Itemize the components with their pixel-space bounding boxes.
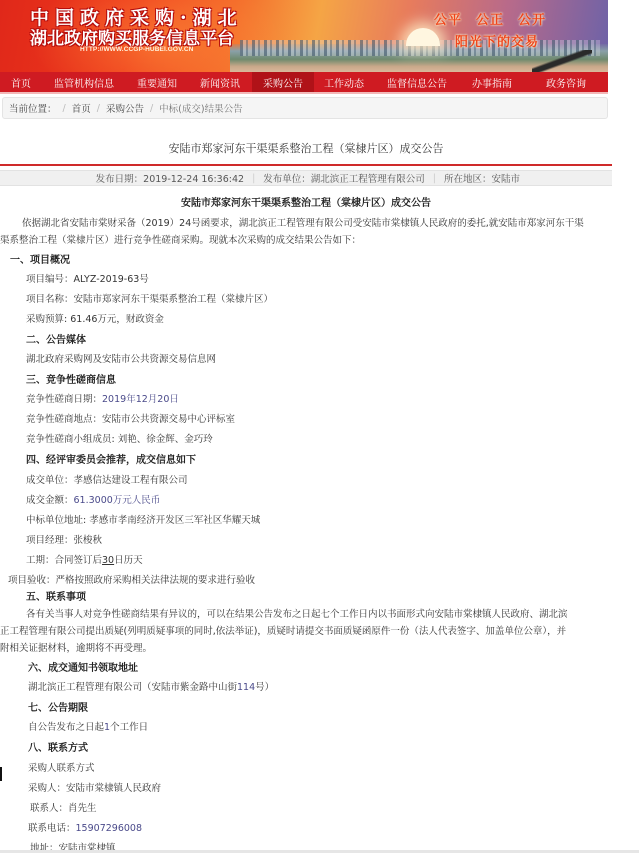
consultation-members: 竞争性磋商小组成员: 刘艳、徐金辉、金巧玲	[26, 431, 213, 445]
breadcrumb-current: 中标(成交)结果公告	[159, 101, 242, 115]
article-meta-bar: 发布日期：2019-12-24 16:36:42 | 发布单位：湖北滨正工程管理…	[0, 170, 612, 186]
article-heading: 安陆市郑家河东干渠渠系整治工程（棠棣片区）成交公告	[0, 194, 612, 209]
slogan-line2: 阳光下的交易	[455, 31, 539, 50]
contact-person: 联系人：肖先生	[30, 800, 97, 814]
meta-separator: |	[433, 173, 436, 184]
site-banner: 中国政府采购·湖北 湖北政府购买服务信息平台 HTTP://WWW.CCGP-H…	[0, 0, 608, 72]
banner-bridge	[532, 50, 592, 72]
procurement-budget: 采购预算: 61.46万元，财政资金	[26, 311, 164, 325]
notice-pickup-address: 湖北滨正工程管理有限公司（安陆市紫金路中山街114号）	[28, 679, 274, 693]
banner-sun-icon	[406, 28, 440, 46]
buyer-name: 采购人：安陆市棠棣镇人民政府	[28, 780, 161, 794]
project-name: 项目名称：安陆市郑家河东干渠渠系整治工程（棠棣片区）	[26, 291, 273, 305]
buyer-contact-header: 采购人联系方式	[28, 760, 95, 774]
nav-item-regulators[interactable]: 监管机构信息	[42, 72, 126, 92]
nav-item-supervision[interactable]: 监督信息公告	[374, 72, 460, 92]
breadcrumb-separator: /	[150, 103, 153, 114]
intro-line-1: 依据湖北省安陆市棠财采备（2019）24号函要求，湖北滨正工程管理有限公司受安陆…	[22, 215, 584, 229]
nav-underline	[0, 92, 608, 94]
project-number: 项目编号：ALYZ-2019-63号	[26, 271, 149, 285]
title-divider	[0, 164, 612, 166]
page-title: 安陆市郑家河东干渠渠系整治工程（棠棣片区）成交公告	[0, 140, 612, 156]
site-url: HTTP://WWW.CCGP-HUBEI.GOV.CN	[80, 46, 193, 53]
meta-separator: |	[252, 173, 255, 184]
nav-item-guide[interactable]: 办事指南	[460, 72, 524, 92]
objection-line-1: 各有关当事人对竞争性磋商结果有异议的，可以在结果公告发布之日起七个工作日内以书面…	[26, 606, 568, 620]
winner-address: 中标单位地址: 孝感市孝南经济开发区三军社区华耀天城	[26, 512, 260, 526]
nav-item-procurement[interactable]: 采购公告	[252, 72, 314, 92]
objection-line-3: 附相关证据材料，逾期将不再受理。	[0, 640, 152, 654]
text-cursor	[0, 767, 2, 781]
announcement-media: 湖北政府采购网及安陆市公共资源交易信息网	[26, 351, 216, 365]
section-1-title: 一、项目概况	[10, 251, 70, 266]
breadcrumb-separator: /	[63, 103, 66, 114]
section-2-title: 二、公告媒体	[26, 331, 86, 346]
project-acceptance: 项目验收：严格按照政府采购相关法律法规的要求进行验收	[8, 572, 255, 586]
publisher: 发布单位：湖北滨正工程管理有限公司	[263, 171, 425, 185]
region: 所在地区：安陆市	[444, 171, 520, 185]
breadcrumb-label: 当前位置：	[9, 101, 57, 115]
section-5-title: 五、联系事项	[26, 588, 86, 603]
construction-period: 工期：合同签订后30日历天	[26, 552, 143, 566]
winning-bidder: 成交单位：孝感信达建设工程有限公司	[26, 472, 188, 486]
publish-date: 发布日期：2019-12-24 16:36:42	[96, 171, 244, 185]
nav-item-consult[interactable]: 政务咨询	[524, 72, 608, 92]
main-nav: 首页 监管机构信息 重要通知 新闻资讯 采购公告 工作动态 监督信息公告 办事指…	[0, 72, 608, 92]
section-8-title: 八、联系方式	[28, 739, 88, 754]
nav-item-work[interactable]: 工作动态	[314, 72, 374, 92]
breadcrumb-procurement-link[interactable]: 采购公告	[106, 101, 144, 115]
breadcrumb-home-link[interactable]: 首页	[72, 101, 91, 115]
slogan-line1: 公平 公正 公开	[434, 9, 546, 28]
breadcrumb-separator: /	[97, 103, 100, 114]
objection-line-2: 正工程管理有限公司提出质疑(列明质疑事项的同时,依法举证)，质疑时请提交书面质疑…	[0, 623, 566, 637]
project-manager: 项目经理：张梭秋	[26, 532, 102, 546]
section-4-title: 四、经评审委员会推荐，成交信息如下	[26, 451, 196, 466]
section-7-title: 七、公告期限	[28, 699, 88, 714]
winning-amount: 成交金额：61.3000万元人民币	[26, 492, 160, 506]
section-6-title: 六、成交通知书领取地址	[28, 659, 138, 674]
breadcrumb: 当前位置： / 首页 / 采购公告 / 中标(成交)结果公告	[2, 97, 608, 119]
intro-line-2: 渠系整治工程（棠棣片区）进行竞争性磋商采购。现就本次采购的成交结果公告如下：	[0, 232, 361, 246]
consultation-place: 竞争性磋商地点：安陆市公共资源交易中心评标室	[26, 411, 235, 425]
announcement-period: 自公告发布之日起1个工作日	[28, 719, 148, 733]
nav-item-news[interactable]: 新闻资讯	[188, 72, 252, 92]
nav-item-notices[interactable]: 重要通知	[126, 72, 188, 92]
contact-phone: 联系电话：15907296008	[28, 820, 142, 834]
nav-item-home[interactable]: 首页	[0, 72, 42, 92]
consultation-date: 竞争性磋商日期：2019年12月20日	[26, 391, 179, 405]
section-3-title: 三、竞争性磋商信息	[26, 371, 116, 386]
